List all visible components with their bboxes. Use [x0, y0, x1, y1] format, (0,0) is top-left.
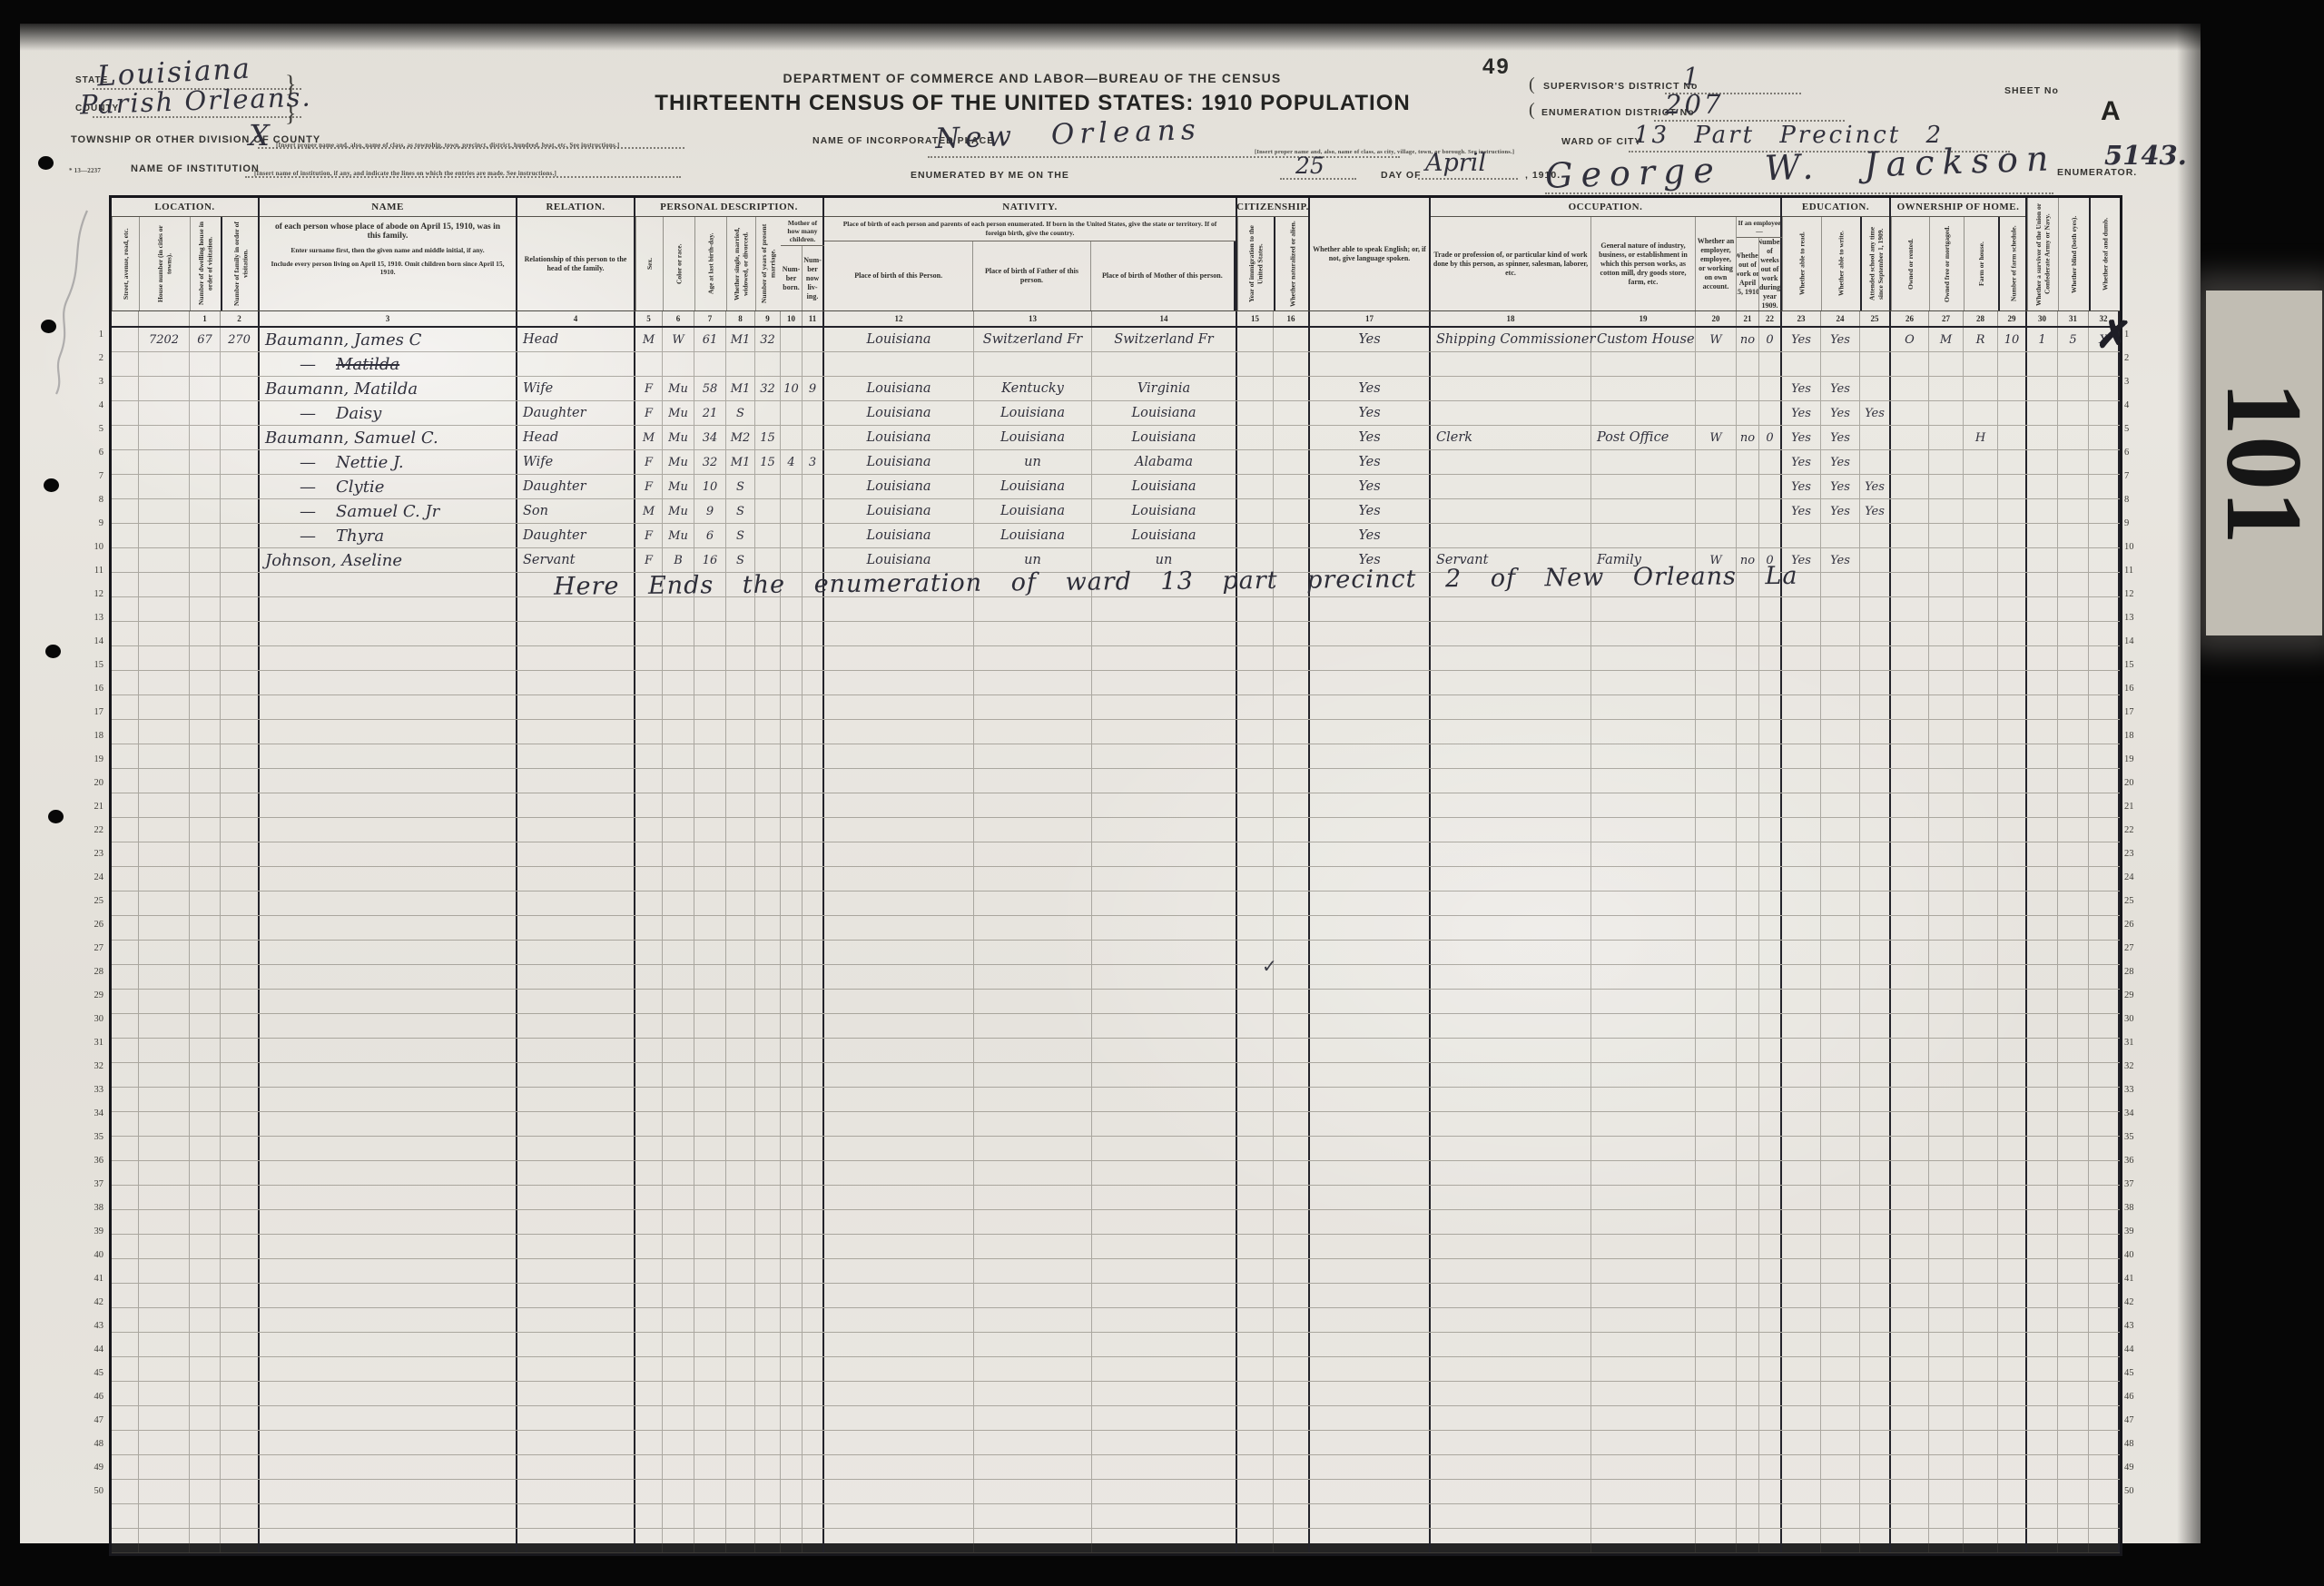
column-header-survivor: Whether a survivor of the Union or Confe… [2027, 198, 2058, 310]
cell-name [260, 892, 517, 915]
cell-pob [824, 1137, 974, 1160]
cell-house [139, 622, 190, 645]
cell-english [1310, 1039, 1431, 1062]
cell-survivor [2027, 1529, 2058, 1552]
cell-outwork [1737, 1112, 1759, 1136]
cell-trade [1431, 1406, 1591, 1430]
cell-marital [726, 1137, 755, 1160]
group-body: Whether able to read.Whether able to wri… [1782, 217, 1889, 310]
cell-pobf [974, 1137, 1092, 1160]
cell-pob [824, 1063, 974, 1087]
column-number-3: 3 [260, 311, 517, 326]
cell-family [221, 548, 260, 572]
cell-freemort [1929, 1259, 1964, 1283]
cell-age: 6 [694, 524, 726, 547]
cell-yrimm [1237, 744, 1274, 768]
column-number-house [139, 311, 190, 326]
cell-born [781, 352, 803, 376]
cell-pobm [1092, 646, 1237, 670]
cell-outwork [1737, 1259, 1759, 1283]
cell-living [803, 744, 824, 768]
cell-yrimm [1237, 818, 1274, 842]
cell-pob [824, 720, 974, 744]
cell-owned [1891, 1529, 1929, 1552]
cell-outwork [1737, 499, 1759, 523]
cell-street [112, 646, 139, 670]
cell-weeks [1759, 475, 1782, 498]
cell-born [781, 1382, 803, 1405]
cell-outwork [1737, 1284, 1759, 1307]
cell-farmhouse [1964, 892, 1998, 915]
cell-color: Mu [663, 475, 694, 498]
line-number: 21 [2122, 794, 2144, 818]
cell-family [221, 1137, 260, 1160]
cell-weeks [1759, 1357, 1782, 1381]
cell-survivor [2027, 524, 2058, 547]
cell-yrimm [1237, 401, 1274, 425]
cell-pob: Louisiana [824, 475, 974, 498]
cell-blind [2058, 377, 2089, 400]
cell-house [139, 1308, 190, 1332]
census-title: THIRTEENTH CENSUS OF THE UNITED STATES: … [581, 91, 1484, 116]
cell-english [1310, 646, 1431, 670]
cell-color [663, 1284, 694, 1307]
cell-school [1860, 1039, 1891, 1062]
cell-house [139, 1014, 190, 1038]
cell-survivor [2027, 1382, 2058, 1405]
cell-relation [517, 1039, 635, 1062]
line-number: 50 [2122, 1479, 2144, 1502]
cell-yrsmar [755, 1210, 781, 1234]
cell-english [1310, 1284, 1431, 1307]
cell-color [663, 1529, 694, 1552]
cell-living [803, 1014, 824, 1038]
cell-yrsmar [755, 892, 781, 915]
cell-pobm [1092, 1063, 1237, 1087]
cell-color: Mu [663, 426, 694, 449]
cell-pob [824, 1088, 974, 1111]
cell-living [803, 1504, 824, 1528]
ditto-dash: — [300, 355, 316, 374]
cell-marital [726, 965, 755, 989]
cell-living [803, 1235, 824, 1258]
table-row [112, 1308, 2120, 1333]
cell-relation [517, 1529, 635, 1552]
cell-blind [2058, 671, 2089, 694]
cell-owned [1891, 401, 1929, 425]
cell-farmhouse [1964, 941, 1998, 964]
cell-house [139, 1161, 190, 1185]
name-value: Matilda [336, 355, 399, 374]
cell-pobf: Louisiana [974, 499, 1092, 523]
cell-pobm: Alabama [1092, 450, 1237, 474]
cell-weeks [1759, 1186, 1782, 1209]
cell-street [112, 1137, 139, 1160]
cell-yrimm [1237, 1455, 1274, 1479]
cell-survivor [2027, 671, 2058, 694]
cell-write: Yes [1821, 499, 1860, 523]
cell-pobm [1092, 1112, 1237, 1136]
cell-school [1860, 1382, 1891, 1405]
cell-schedule [1998, 377, 2027, 400]
cell-marital [726, 1039, 755, 1062]
cell-dwelling [190, 1357, 221, 1381]
line-number: 42 [2122, 1290, 2144, 1314]
cell-industry [1591, 1308, 1696, 1332]
table-header: LOCATION.Street, avenue, road, etc.House… [112, 198, 2120, 311]
cell-house [139, 916, 190, 940]
subgroup-cells: Whether out of work on April 15, 1910.Nu… [1737, 238, 1782, 310]
cell-house [139, 1039, 190, 1062]
cell-deaf [2089, 1235, 2120, 1258]
cell-pobm [1092, 793, 1237, 817]
cell-born [781, 941, 803, 964]
cell-survivor [2027, 499, 2058, 523]
cell-yrsmar [755, 744, 781, 768]
line-number: 34 [2122, 1101, 2144, 1125]
ditto-dash: — [300, 404, 316, 423]
cell-living [803, 916, 824, 940]
cell-owned [1891, 1088, 1929, 1111]
cell-emp [1696, 720, 1737, 744]
cell-deaf [2089, 377, 2120, 400]
cell-pobm [1092, 916, 1237, 940]
cell-age [694, 1504, 726, 1528]
cell-deaf [2089, 720, 2120, 744]
cell-pobf [974, 597, 1092, 621]
cell-weeks [1759, 1308, 1782, 1332]
cell-natal [1274, 450, 1310, 474]
group-body: Whether a survivor of the Union or Confe… [2027, 198, 2120, 310]
column-number-24: 24 [1821, 311, 1860, 326]
cell-schedule [1998, 1063, 2027, 1087]
cell-industry [1591, 1137, 1696, 1160]
cell-dwelling [190, 524, 221, 547]
column-header-family: Number of family in order of visitation. [221, 217, 260, 310]
cell-name: Baumann, James C [260, 328, 517, 351]
cell-blind [2058, 1137, 2089, 1160]
cell-color [663, 793, 694, 817]
cell-read [1782, 1235, 1821, 1258]
cell-age [694, 646, 726, 670]
cell-english [1310, 965, 1431, 989]
cell-name [260, 622, 517, 645]
cell-age [694, 1137, 726, 1160]
cell-relation [517, 1137, 635, 1160]
cell-pobf [974, 1382, 1092, 1405]
table-row [112, 793, 2120, 818]
cell-emp [1696, 1357, 1737, 1381]
cell-read [1782, 793, 1821, 817]
cell-sex [635, 793, 663, 817]
cell-deaf [2089, 744, 2120, 768]
cell-industry [1591, 793, 1696, 817]
header-subgroup: If an employee—Whether out of work on Ap… [1737, 217, 1782, 310]
line-number: 12 [2122, 582, 2144, 606]
cell-house [139, 1137, 190, 1160]
cell-age [694, 622, 726, 645]
cell-weeks [1759, 769, 1782, 793]
cell-emp [1696, 1284, 1737, 1307]
cell-blind [2058, 769, 2089, 793]
cell-pob [824, 1406, 974, 1430]
cell-living [803, 1529, 824, 1552]
name-value: Baumann, Matilda [265, 379, 418, 399]
cell-dwelling [190, 450, 221, 474]
cell-yrsmar [755, 867, 781, 891]
cell-house [139, 573, 190, 596]
cell-weeks [1759, 793, 1782, 817]
cell-write [1821, 867, 1860, 891]
line-number: 25 [84, 889, 105, 912]
cell-street [112, 720, 139, 744]
cell-owned [1891, 965, 1929, 989]
line-number: 27 [84, 936, 105, 960]
cell-emp [1696, 916, 1737, 940]
table-row [112, 1161, 2120, 1186]
cell-school [1860, 916, 1891, 940]
cell-street [112, 499, 139, 523]
cell-color [663, 1014, 694, 1038]
cell-living [803, 671, 824, 694]
cell-house [139, 695, 190, 719]
cell-pobm: Louisiana [1092, 426, 1237, 449]
cell-read [1782, 1137, 1821, 1160]
dotted-line [1418, 178, 1518, 180]
cell-pobm [1092, 622, 1237, 645]
cell-emp [1696, 622, 1737, 645]
line-number: 10 [84, 535, 105, 558]
cell-schedule [1998, 1455, 2027, 1479]
cell-yrimm [1237, 695, 1274, 719]
cell-pobf [974, 1112, 1092, 1136]
cell-outwork [1737, 1039, 1759, 1062]
line-number: 37 [2122, 1172, 2144, 1196]
header-group: NATIVITY.Place of birth of each person a… [824, 198, 1237, 310]
cell-marital [726, 597, 755, 621]
cell-marital: M1 [726, 450, 755, 474]
column-number-26: 26 [1891, 311, 1929, 326]
cell-house [139, 965, 190, 989]
cell-pobf [974, 867, 1092, 891]
cell-family [221, 1308, 260, 1332]
cell-weeks [1759, 671, 1782, 694]
cell-write [1821, 1210, 1860, 1234]
cell-born [781, 548, 803, 572]
cell-natal [1274, 1186, 1310, 1209]
cell-age [694, 1235, 726, 1258]
cell-english [1310, 1431, 1431, 1454]
header-group: Whether able to speak English; or, if no… [1310, 198, 1431, 310]
cell-age [694, 597, 726, 621]
cell-pobm [1092, 1431, 1237, 1454]
cell-blind [2058, 818, 2089, 842]
line-number: 31 [84, 1030, 105, 1054]
cell-color [663, 1504, 694, 1528]
cell-dwelling [190, 1406, 221, 1430]
cell-yrimm [1237, 892, 1274, 915]
name-value: Baumann, Samuel C. [265, 429, 438, 448]
cell-relation [517, 597, 635, 621]
cell-blind [2058, 450, 2089, 474]
cell-outwork [1737, 1455, 1759, 1479]
cell-street [112, 1431, 139, 1454]
cell-name: Baumann, Samuel C. [260, 426, 517, 449]
cell-name [260, 818, 517, 842]
cell-street [112, 990, 139, 1013]
cell-emp [1696, 842, 1737, 866]
cell-street [112, 524, 139, 547]
cell-owned [1891, 1137, 1929, 1160]
line-numbers-right: 1234567891011121314151617181920212223242… [2122, 322, 2144, 1502]
cell-industry [1591, 1382, 1696, 1405]
cell-write [1821, 695, 1860, 719]
cell-owned [1891, 475, 1929, 498]
cell-freemort [1929, 1406, 1964, 1430]
cell-age [694, 941, 726, 964]
cell-house [139, 1504, 190, 1528]
cell-yrsmar [755, 720, 781, 744]
cell-dwelling [190, 1161, 221, 1185]
cell-pob [824, 597, 974, 621]
cell-outwork [1737, 622, 1759, 645]
cell-industry [1591, 1480, 1696, 1503]
cell-schedule [1998, 671, 2027, 694]
cell-read [1782, 941, 1821, 964]
cell-industry [1591, 818, 1696, 842]
line-number: 29 [84, 983, 105, 1007]
cell-name [260, 1137, 517, 1160]
cell-color [663, 1210, 694, 1234]
cell-living [803, 793, 824, 817]
cell-pobf [974, 1235, 1092, 1258]
column-number-21: 21 [1737, 311, 1759, 326]
cell-dwelling [190, 1112, 221, 1136]
cell-pobf [974, 818, 1092, 842]
cell-family: 270 [221, 328, 260, 351]
census-form: STATE Louisiana } COUNTY Parish Orleans.… [20, 24, 2201, 1543]
cell-english [1310, 1186, 1431, 1209]
cell-schedule [1998, 1529, 2027, 1552]
cell-family [221, 646, 260, 670]
cell-emp [1696, 1308, 1737, 1332]
cell-freemort [1929, 377, 1964, 400]
cell-yrsmar [755, 1382, 781, 1405]
department-line: DEPARTMENT OF COMMERCE AND LABOR—BUREAU … [601, 71, 1463, 85]
cell-color [663, 990, 694, 1013]
column-number-22: 22 [1759, 311, 1782, 326]
cell-weeks [1759, 1235, 1782, 1258]
cell-born [781, 1308, 803, 1332]
cell-freemort [1929, 941, 1964, 964]
cell-trade [1431, 990, 1591, 1013]
group-cells: Trade or profession of, or particular ki… [1431, 217, 1782, 310]
cell-marital [726, 1333, 755, 1356]
cell-deaf [2089, 646, 2120, 670]
cell-color [663, 1406, 694, 1430]
cell-trade [1431, 1088, 1591, 1111]
line-number: 43 [2122, 1314, 2144, 1337]
cell-dwelling [190, 548, 221, 572]
cell-color: Mu [663, 401, 694, 425]
cell-trade [1431, 769, 1591, 793]
cell-deaf [2089, 1504, 2120, 1528]
cell-emp [1696, 1137, 1737, 1160]
cell-color [663, 646, 694, 670]
cell-owned [1891, 1284, 1929, 1307]
cell-age [694, 1161, 726, 1185]
cell-school: Yes [1860, 499, 1891, 523]
cell-owned [1891, 352, 1929, 376]
cell-yrimm [1237, 1112, 1274, 1136]
cell-read [1782, 1333, 1821, 1356]
cell-english: Yes [1310, 524, 1431, 547]
cell-yrsmar [755, 1161, 781, 1185]
cell-dwelling [190, 1382, 221, 1405]
cell-owned [1891, 1406, 1929, 1430]
cell-dwelling [190, 1137, 221, 1160]
cell-emp [1696, 499, 1737, 523]
cell-weeks [1759, 1529, 1782, 1552]
cell-english [1310, 941, 1431, 964]
cell-yrsmar [755, 548, 781, 572]
cell-living [803, 867, 824, 891]
cell-natal [1274, 499, 1310, 523]
cell-survivor [2027, 941, 2058, 964]
cell-yrimm [1237, 671, 1274, 694]
cell-emp [1696, 401, 1737, 425]
cell-street [112, 401, 139, 425]
cell-natal [1274, 1480, 1310, 1503]
cell-yrimm [1237, 1529, 1274, 1552]
cell-born [781, 1357, 803, 1381]
cell-relation [517, 818, 635, 842]
cell-sex [635, 1088, 663, 1111]
cell-read [1782, 646, 1821, 670]
cell-yrsmar [755, 671, 781, 694]
cell-natal [1274, 1455, 1310, 1479]
cell-schedule [1998, 818, 2027, 842]
cell-blind [2058, 990, 2089, 1013]
cell-farmhouse [1964, 867, 1998, 891]
cell-survivor [2027, 1284, 2058, 1307]
cell-yrsmar [755, 769, 781, 793]
cell-farmhouse [1964, 597, 1998, 621]
cell-color [663, 1235, 694, 1258]
cell-weeks [1759, 1088, 1782, 1111]
column-header-pob: Place of birth of this Person. [824, 241, 973, 311]
cell-natal [1274, 377, 1310, 400]
cell-farmhouse [1964, 1235, 1998, 1258]
column-number-23: 23 [1782, 311, 1821, 326]
column-header-street: Street, avenue, road, etc. [112, 217, 139, 310]
cell-living [803, 548, 824, 572]
cell-industry [1591, 916, 1696, 940]
table-row [112, 1406, 2120, 1431]
cell-weeks [1759, 1382, 1782, 1405]
cell-blind [2058, 1480, 2089, 1503]
cell-write: Yes [1821, 450, 1860, 474]
cell-marital [726, 671, 755, 694]
cell-sex [635, 744, 663, 768]
header-group: OWNERSHIP OF HOME.Owned or rented.Owned … [1891, 198, 2027, 310]
table-row: —ThyraDaughterFMu6SLouisianaLouisianaLou… [112, 524, 2120, 548]
cell-owned [1891, 1504, 1929, 1528]
line-number: 43 [84, 1314, 105, 1337]
line-number: 31 [2122, 1030, 2144, 1054]
cell-living [803, 352, 824, 376]
cell-outwork [1737, 892, 1759, 915]
